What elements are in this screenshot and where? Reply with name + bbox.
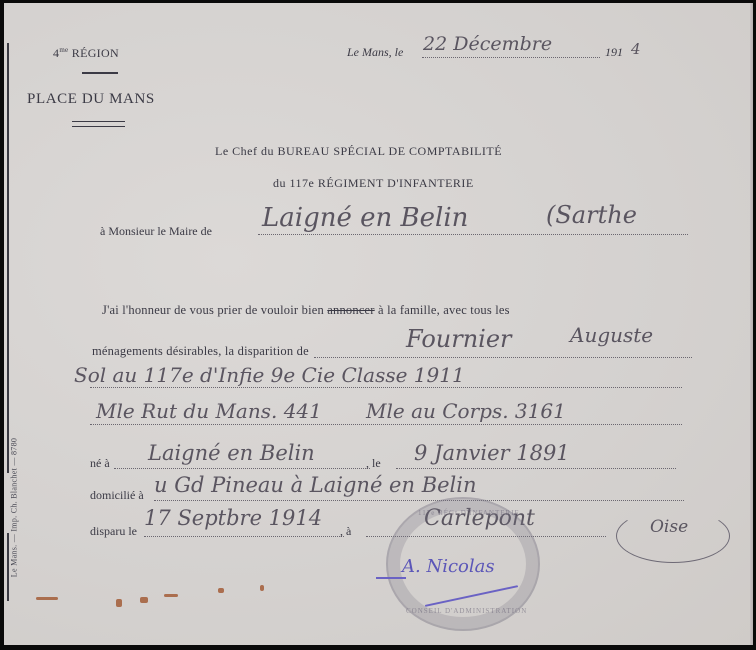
missing-label: disparu le [90, 524, 137, 539]
rust-stain [218, 588, 224, 593]
missing-place-label: , à [340, 524, 351, 539]
region-heading: 4me RÉGION [53, 46, 119, 61]
struck-word: annoncer [327, 303, 374, 317]
firstname-handwritten: Auguste [570, 323, 653, 347]
town-handwritten: Laigné en Belin [262, 203, 468, 233]
signature-flourish [376, 577, 406, 579]
region-label: RÉGION [72, 46, 119, 60]
department-handwritten: (Sarthe [546, 201, 637, 229]
born-date-dotted-line [396, 468, 676, 469]
signature: A. Nicolas [402, 556, 495, 577]
surname-handwritten: Fournier [406, 325, 512, 353]
addressee-label: à Monsieur le Maire de [100, 224, 212, 239]
regiment-title: du 117e RÉGIMENT D'INFANTERIE [273, 176, 474, 191]
rust-stain [36, 597, 58, 600]
document-page: Le Mans. — Imp. Ch. Blanchet — 8780 4me … [4, 3, 753, 645]
missing-date-dotted-line [144, 536, 344, 537]
year-printed: 191 [605, 45, 623, 60]
name-dotted-line [314, 357, 692, 358]
born-date-handwritten: 9 Janvier 1891 [414, 441, 570, 465]
place-heading: PLACE DU MANS [27, 91, 155, 108]
bureau-title: Le Chef du BUREAU SPÉCIAL DE COMPTABILIT… [215, 144, 502, 159]
body-text: J'ai l'honneur de vous prier de vouloir … [102, 303, 327, 317]
printer-imprint: Le Mans. — Imp. Ch. Blanchet — 8780 [10, 408, 19, 608]
rust-stain [260, 585, 264, 591]
date-handwritten: 22 Décembre [423, 33, 552, 55]
year-handwritten: 4 [631, 40, 641, 58]
dotted-line-3 [90, 387, 682, 388]
domicile-handwritten: u Gd Pineau à Laigné en Belin [154, 473, 477, 497]
date-dotted-line [422, 57, 600, 58]
rust-stain [164, 594, 178, 597]
date-prefix: Le Mans, le [347, 45, 403, 60]
body-text-end: à la famille, avec tous les [375, 303, 510, 317]
divider [82, 72, 118, 74]
rust-stain [116, 599, 122, 607]
rust-stain [140, 597, 148, 603]
service-line-handwritten: Sol au 117e d'Infie 9e Cie Classe 1911 [74, 363, 465, 387]
born-place-handwritten: Laigné en Belin [148, 441, 315, 465]
addressee-dotted-line [258, 234, 688, 235]
born-place-dotted-line [114, 468, 370, 469]
stamp-text-bottom: CONSEIL D'ADMINISTRATION [406, 607, 527, 615]
dotted-line-4 [90, 424, 682, 425]
corps-number-handwritten: Mle au Corps. 3161 [366, 399, 566, 423]
body-line-2: ménagements désirables, la disparition d… [92, 344, 309, 359]
double-divider [72, 121, 125, 127]
stamp-text-top: 117e RÉGt D'INFANTERIE [418, 509, 520, 517]
born-label: né à [90, 456, 110, 471]
domicile-dotted-line [154, 500, 684, 501]
missing-date-handwritten: 17 Septbre 1914 [144, 506, 322, 530]
region-sup: me [59, 46, 68, 54]
born-date-label: , le [366, 456, 381, 471]
registry-number-handwritten: Mle Rut du Mans. 441 [96, 399, 322, 423]
missing-department-handwritten: Oise [650, 517, 688, 537]
body-line-1: J'ai l'honneur de vous prier de vouloir … [102, 303, 510, 318]
page-edge [750, 3, 753, 645]
domicile-label: domicilié à [90, 488, 144, 503]
